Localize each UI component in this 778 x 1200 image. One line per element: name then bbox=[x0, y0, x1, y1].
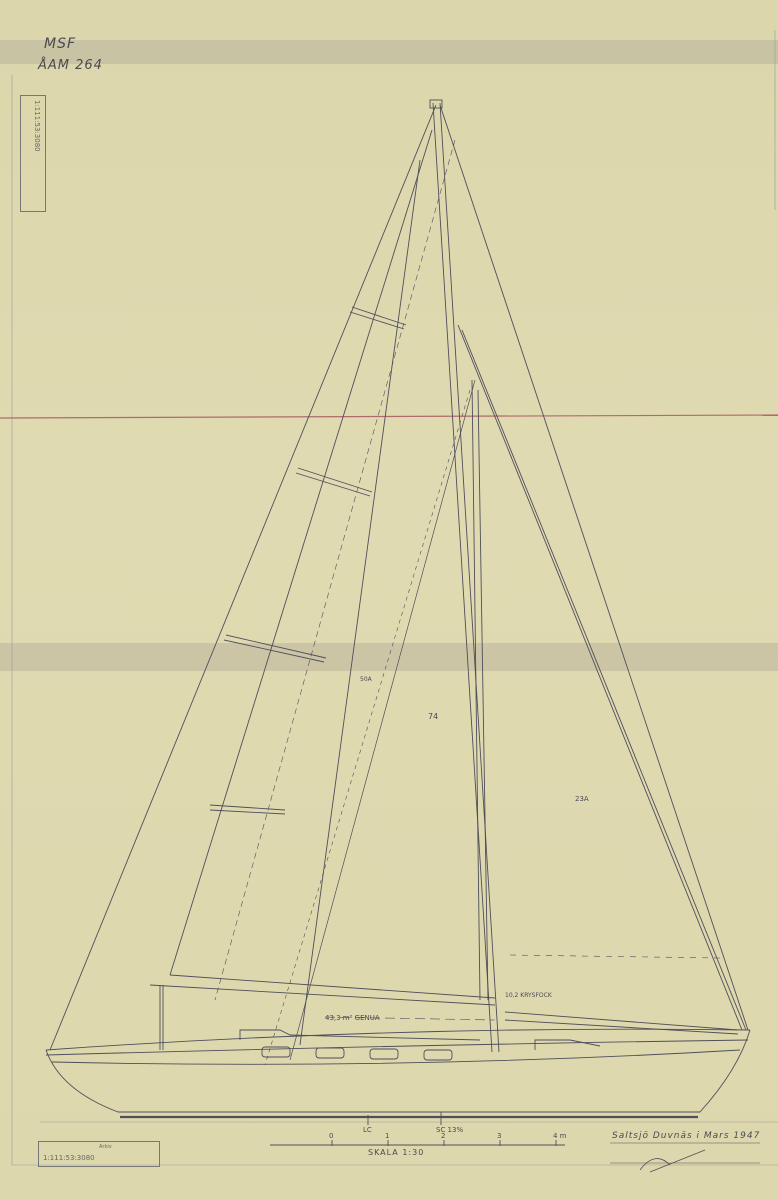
staysail-area-label: 10,2 KRYSFOCK bbox=[505, 992, 552, 999]
scale-tick-2: 2 bbox=[441, 1132, 445, 1140]
scale-tick-1: 1 bbox=[385, 1132, 389, 1140]
scale-tick-4: 4 m bbox=[553, 1132, 567, 1140]
sail-center-74: 74 bbox=[428, 712, 438, 721]
scale-label: SKALA 1:30 bbox=[368, 1148, 424, 1157]
scale-tick-0: 0 bbox=[329, 1132, 333, 1140]
stamp-bottom-number: 1:111:53:3080 bbox=[43, 1154, 95, 1162]
sail-center-50a: 50A bbox=[360, 676, 372, 683]
sail-plan-drawing bbox=[0, 0, 778, 1200]
stamp-bottom-label: Arkiv bbox=[99, 1144, 112, 1150]
lc-label: LC bbox=[363, 1126, 372, 1134]
drawing-sheet: MSF ÅAM 264 1:111:53:3080 bbox=[0, 0, 778, 1200]
genoa-area-label: 43,3 m² GENUA bbox=[325, 1014, 380, 1022]
place-date: Saltsjö Duvnäs i Mars 1947 bbox=[612, 1131, 760, 1141]
sail-center-23a: 23A bbox=[575, 795, 589, 803]
scale-tick-3: 3 bbox=[497, 1132, 501, 1140]
archive-stamp-bottom: 1:111:53:3080 Arkiv bbox=[38, 1141, 160, 1167]
